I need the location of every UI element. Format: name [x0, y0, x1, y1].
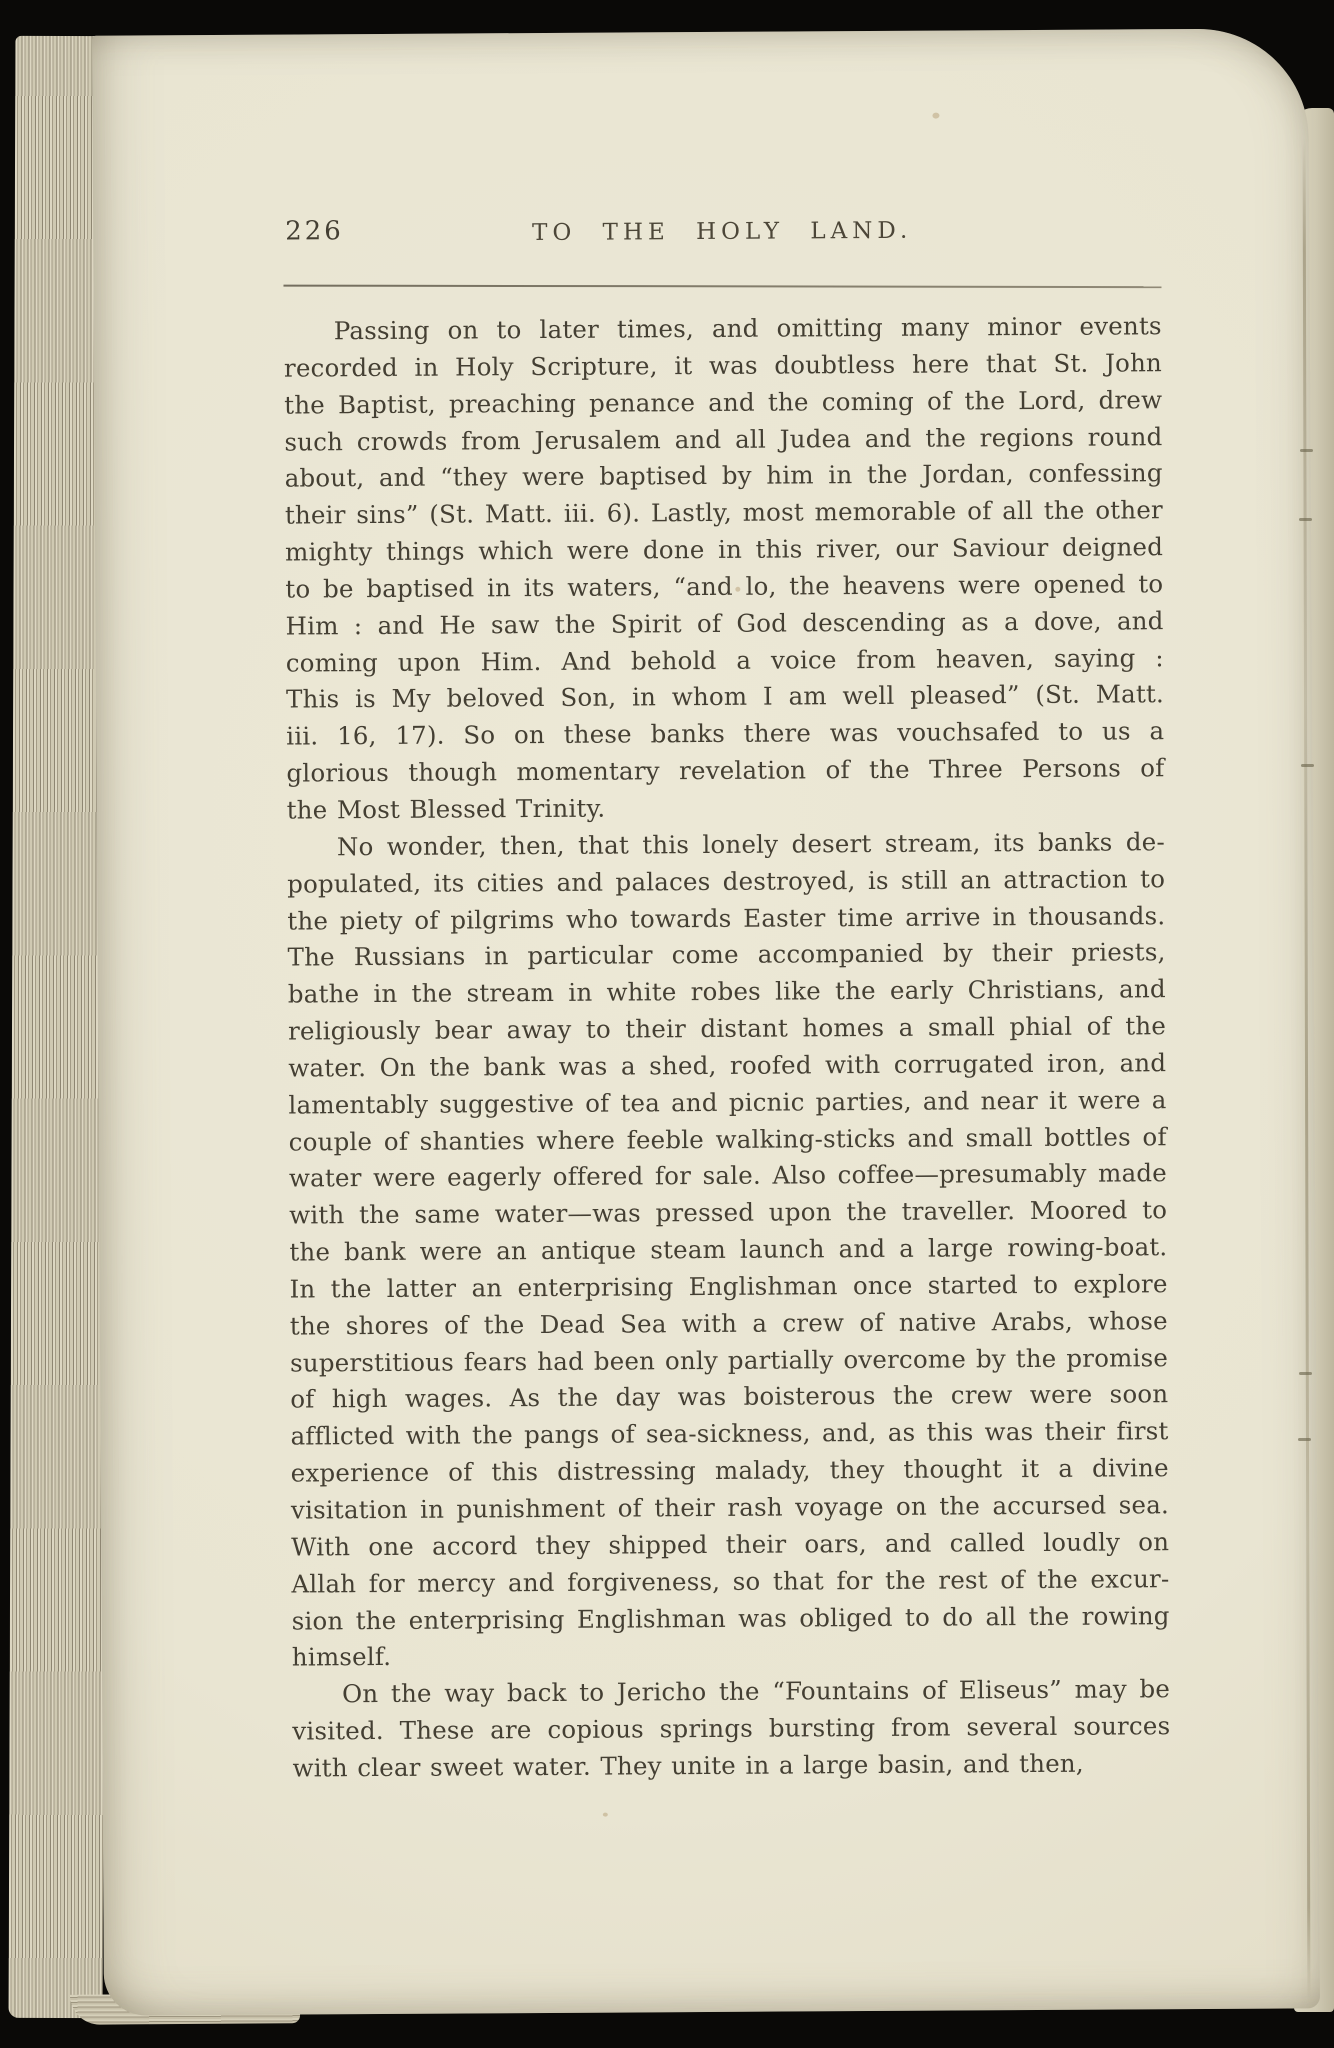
- text-line: himself.: [292, 1635, 1170, 1677]
- text-line: coming upon Him. And behold a voice from…: [286, 640, 1164, 682]
- text-line: populated, its cities and palaces destro…: [287, 861, 1165, 903]
- text-line: water. On the bank was a shed, roofed wi…: [288, 1045, 1166, 1087]
- text-line: sion the enterprising Englishman was obl…: [292, 1598, 1170, 1640]
- text-line: with clear sweet water. They unite in a …: [292, 1745, 1170, 1787]
- text-line: the piety of pilgrims who towards Easter…: [287, 898, 1165, 940]
- text-line: superstitious fears had been only partia…: [290, 1340, 1168, 1382]
- text-line: the Baptist, preaching penance and the c…: [284, 382, 1162, 424]
- text-line: experience of this distressing malady, t…: [291, 1450, 1169, 1492]
- edge-nick: [1301, 764, 1314, 767]
- edge-nick: [1298, 1438, 1311, 1441]
- header-rule: [283, 285, 1161, 289]
- text-line: couple of shanties where feeble walking-…: [289, 1119, 1167, 1161]
- text-line: with the same water—was pressed upon the…: [289, 1192, 1167, 1234]
- text-line: Allah for mercy and forgiveness, so that…: [291, 1561, 1169, 1603]
- text-line: afflicted with the pangs of sea-sickness…: [290, 1413, 1168, 1455]
- text-line: such crowds from Jerusalem and all Judea…: [284, 419, 1162, 461]
- text-line: recorded in Holy Scripture, it was doubt…: [284, 345, 1162, 387]
- text-block: Passing on to later times, and omitting …: [284, 308, 1171, 1787]
- paragraph: On the way back to Jericho the “Fountain…: [292, 1671, 1171, 1787]
- text-line: religiously bear away to their distant h…: [288, 1008, 1166, 1050]
- text-line: their sins” (St. Matt. iii. 6). Lastly, …: [285, 492, 1163, 534]
- text-line: visited. These are copious springs burst…: [292, 1708, 1170, 1750]
- text-line: On the way back to Jericho the “Fountain…: [292, 1671, 1170, 1713]
- running-title: TO THE HOLY LAND.: [283, 216, 1161, 247]
- text-line: In the latter an enterprising Englishman…: [290, 1266, 1168, 1308]
- text-line: Him : and He saw the Spirit of God desce…: [285, 603, 1163, 645]
- text-line: lamentably suggestive of tea and picnic …: [288, 1082, 1166, 1124]
- text-line: The Russians in particular come accompan…: [287, 935, 1165, 977]
- text-line: water were eagerly offered for sale. Als…: [289, 1156, 1167, 1198]
- edge-nick: [1299, 1372, 1312, 1375]
- text-line: the Most Blessed Trinity.: [287, 787, 1165, 829]
- edge-nick: [1300, 449, 1313, 452]
- text-line: to be baptised in its waters, “and lo, t…: [285, 566, 1163, 608]
- foxing-spot: [735, 587, 740, 592]
- foxing-spot: [603, 1813, 608, 1817]
- book-page: 226 TO THE HOLY LAND. Passing on to late…: [92, 28, 1320, 2015]
- text-line: the bank were an antique steam launch an…: [289, 1229, 1167, 1271]
- paragraph: No wonder, then, that this lonely desert…: [287, 824, 1170, 1677]
- text-line: bathe in the stream in white robes like …: [288, 971, 1166, 1013]
- text-line: With one accord they shipped their oars,…: [291, 1524, 1169, 1566]
- text-line: glorious though momentary revelation of …: [286, 750, 1164, 792]
- paragraph: Passing on to later times, and omitting …: [284, 308, 1165, 829]
- text-line: the shores of the Dead Sea with a crew o…: [290, 1303, 1168, 1345]
- text-line: about, and “they were baptised by him in…: [285, 456, 1163, 498]
- edge-nick: [1299, 518, 1312, 521]
- text-line: of high wages. As the day was boisterous…: [290, 1377, 1168, 1419]
- text-line: mighty things which were done in this ri…: [285, 529, 1163, 571]
- text-line: visitation in punishment of their rash v…: [291, 1487, 1169, 1529]
- foxing-spot: [932, 113, 939, 119]
- text-line: No wonder, then, that this lonely desert…: [287, 824, 1165, 866]
- text-line: Passing on to later times, and omitting …: [284, 308, 1162, 350]
- text-line: iii. 16, 17). So on these banks there wa…: [286, 713, 1164, 755]
- text-line: This is My beloved Son, in whom I am wel…: [286, 677, 1164, 719]
